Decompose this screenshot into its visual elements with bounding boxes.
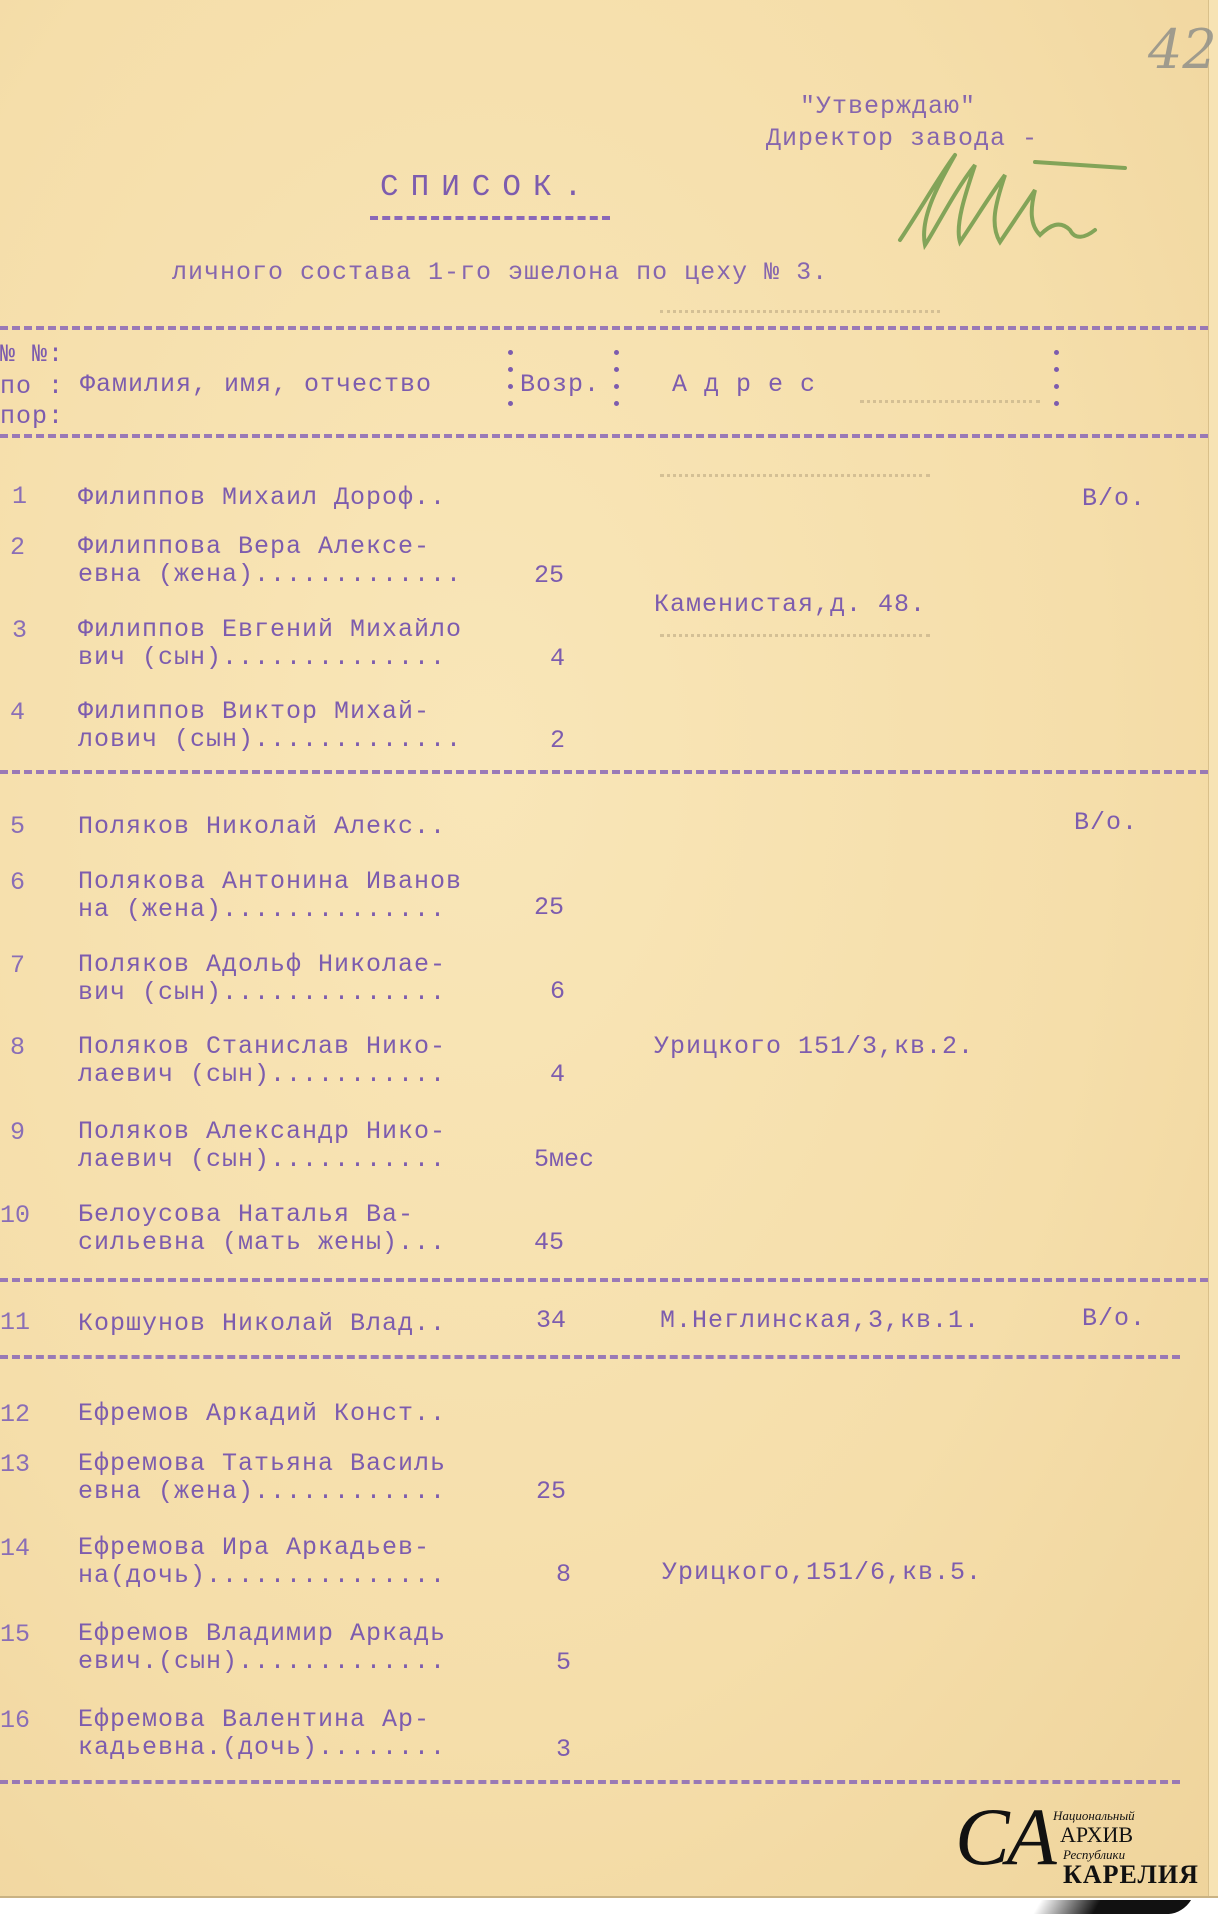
- row-number: 12: [0, 1400, 30, 1429]
- row-age: 25: [536, 1477, 566, 1506]
- status-badge: В/о.: [1074, 808, 1138, 837]
- row-age: 25: [534, 561, 564, 590]
- group-divider: [0, 770, 1208, 774]
- row-address: Урицкого 151/3,кв.2.: [654, 1032, 974, 1061]
- row-number: 5: [10, 812, 25, 841]
- row-number: 8: [10, 1033, 25, 1062]
- table-header-rule: [0, 434, 1208, 438]
- row-age: 2: [550, 726, 565, 755]
- logo-line4: КАРЕЛИЯ: [1063, 1860, 1199, 1890]
- logo-monogram-icon: СА: [955, 1796, 1057, 1878]
- row-number: 2: [10, 533, 25, 562]
- archive-logo: СА Национальный АРХИВ Республики КАРЕЛИЯ: [955, 1800, 1195, 1920]
- row-name: Филиппов Виктор Михай-лович (сын).......…: [78, 698, 462, 754]
- group-divider: [0, 1278, 1208, 1282]
- row-name: Ефремова Ира Аркадьев-на(дочь)..........…: [78, 1534, 446, 1590]
- page-subtitle: личного состава 1-го эшелона по цеху № 3…: [172, 258, 828, 287]
- row-address: Урицкого,151/6,кв.5.: [662, 1558, 982, 1587]
- row-name: Ефремова Валентина Ар-кадьевна.(дочь)...…: [78, 1706, 446, 1762]
- signature-icon: [895, 150, 1175, 250]
- approval-position: Директор завода -: [766, 124, 1038, 153]
- page-number: 42: [1148, 18, 1217, 81]
- row-name: Ефремов Аркадий Конст..: [78, 1400, 446, 1428]
- row-age: 25: [534, 893, 564, 922]
- row-name: Ефремова Татьяна Васильевна (жена)......…: [78, 1450, 446, 1506]
- column-separator: [508, 350, 514, 418]
- row-name: Поляков Николай Алекс..: [78, 813, 446, 841]
- column-separator: [614, 350, 620, 418]
- row-number: 1: [12, 482, 27, 511]
- row-name: Полякова Антонина Ивановна (жена).......…: [78, 868, 462, 924]
- row-number: 7: [10, 951, 25, 980]
- row-name: Поляков Станислав Нико-лаевич (сын).....…: [78, 1033, 446, 1089]
- row-address: М.Неглинская,3,кв.1.: [660, 1306, 980, 1335]
- row-age: 5: [556, 1648, 571, 1677]
- row-number: 14: [0, 1534, 30, 1563]
- header-num-line1: № №:: [0, 340, 64, 369]
- faint-dots: [660, 474, 930, 477]
- row-age: 3: [556, 1735, 571, 1764]
- row-number: 3: [12, 616, 27, 645]
- page-title: СПИСОК.: [380, 170, 594, 205]
- row-name: Коршунов Николай Влад..: [78, 1310, 446, 1338]
- row-number: 4: [10, 698, 25, 727]
- header-num-line3: пор:: [0, 402, 64, 431]
- column-separator: [1054, 350, 1060, 418]
- row-name: Поляков Адольф Николае-вич (сын)........…: [78, 951, 446, 1007]
- row-age: 4: [550, 1060, 565, 1089]
- row-age: 8: [556, 1560, 571, 1589]
- row-name: Ефремов Владимир Аркадьевич.(сын).......…: [78, 1620, 446, 1676]
- faint-dots: [660, 310, 940, 313]
- row-name: Поляков Александр Нико-лаевич (сын).....…: [78, 1118, 446, 1174]
- status-badge: В/о.: [1082, 484, 1146, 513]
- header-address: А д р е с: [672, 370, 816, 399]
- header-name: Фамилия, имя, отчество: [80, 370, 432, 399]
- row-number: 6: [10, 868, 25, 897]
- group-divider: [0, 1355, 1180, 1359]
- row-number: 16: [0, 1706, 30, 1735]
- row-age: 4: [550, 644, 565, 673]
- table-top-rule: [0, 326, 1208, 330]
- logo-line2: АРХИВ: [1060, 1822, 1133, 1848]
- row-age: 45: [534, 1228, 564, 1257]
- row-age: 34: [536, 1306, 566, 1335]
- group-divider: [0, 1780, 1180, 1784]
- row-age: 6: [550, 977, 565, 1006]
- header-num-line2: по :: [0, 372, 64, 401]
- row-number: 10: [0, 1201, 30, 1230]
- row-number: 13: [0, 1450, 30, 1479]
- status-badge: В/о.: [1082, 1304, 1146, 1333]
- row-name: Филиппов Михаил Дороф..: [78, 484, 446, 512]
- row-number: 11: [0, 1308, 30, 1337]
- row-name: Филиппов Евгений Михайлович (сын).......…: [78, 616, 462, 672]
- header-age: Возр.: [520, 370, 600, 399]
- row-address: Каменистая,д. 48.: [654, 590, 926, 619]
- quill-icon: [1033, 1900, 1191, 1914]
- row-name: Филиппова Вера Алексе-евна (жена).......…: [78, 533, 462, 589]
- row-number: 15: [0, 1620, 30, 1649]
- faint-dots: [860, 400, 1040, 403]
- title-underline: [370, 216, 610, 220]
- row-name: Белоусова Наталья Ва-сильевна (мать жены…: [78, 1201, 446, 1257]
- row-number: 9: [10, 1118, 25, 1147]
- approval-stamp: "Утверждаю": [800, 92, 976, 121]
- row-age: 5мес: [534, 1145, 594, 1174]
- faint-dots: [660, 634, 930, 637]
